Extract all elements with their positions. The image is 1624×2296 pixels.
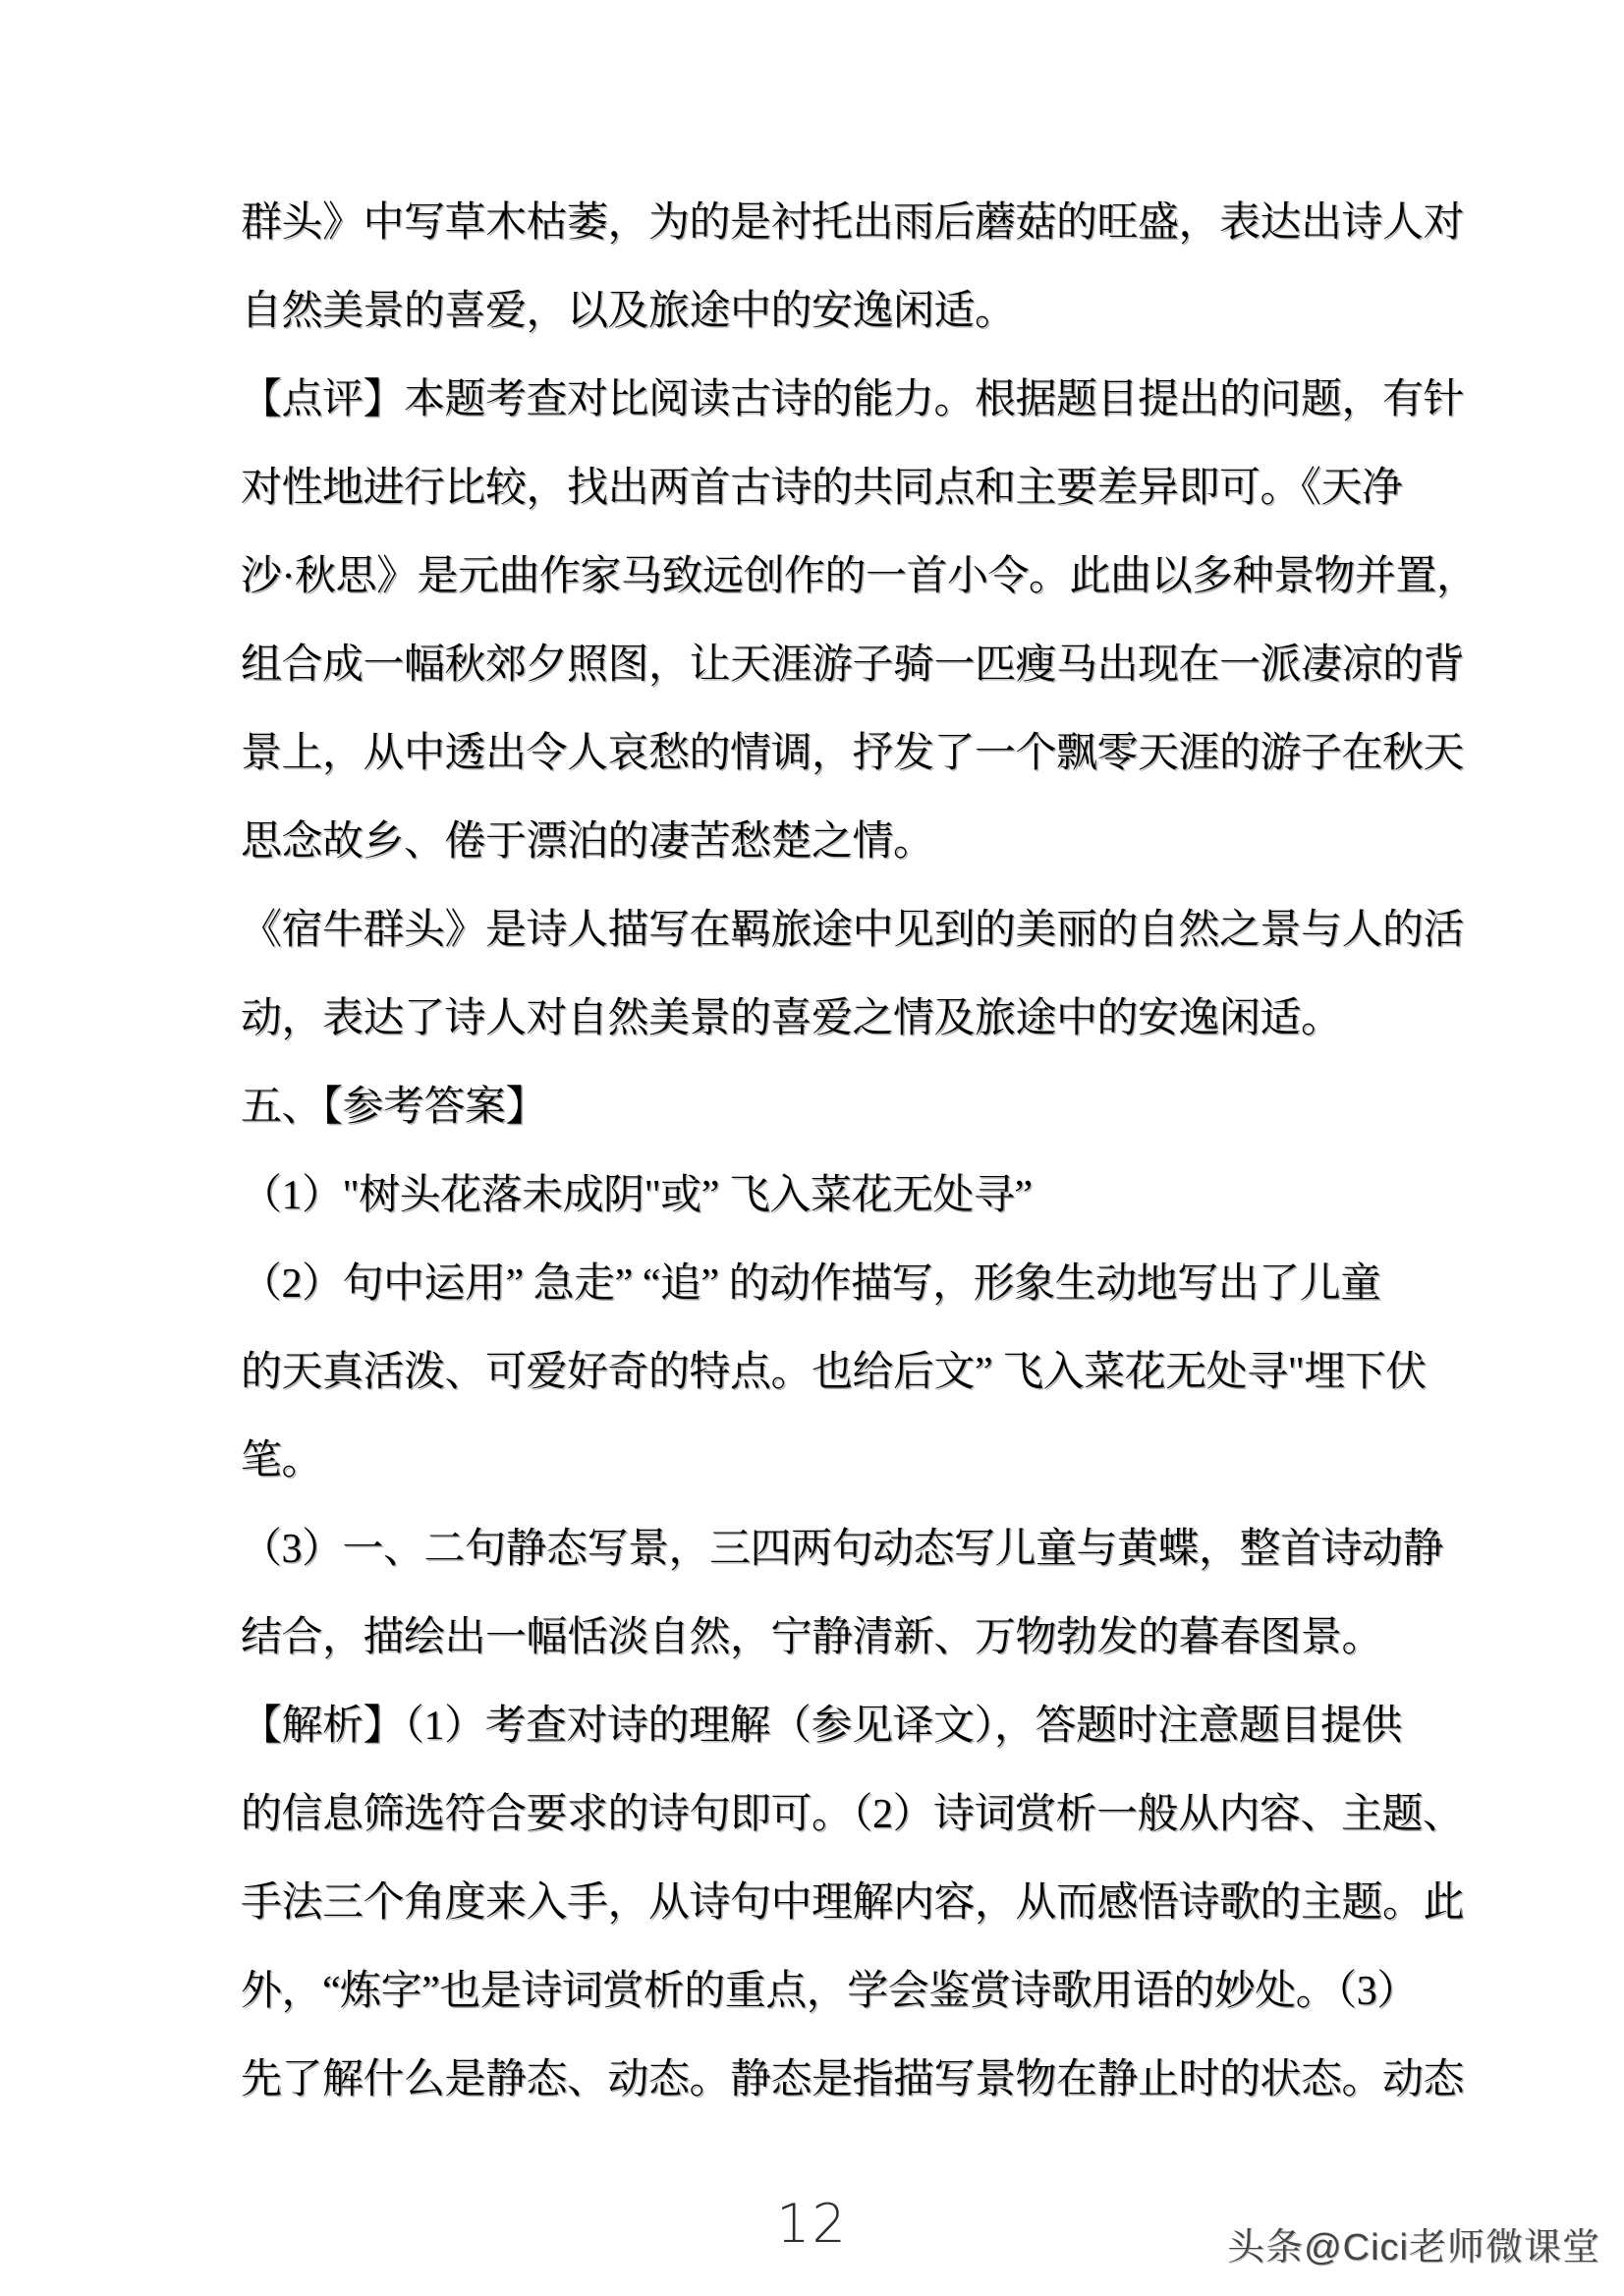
- text-line: 外，“炼字”也是诗词赏析的重点，学会鉴赏诗歌用语的妙处。（3）: [241, 1947, 1420, 2036]
- text-line: 《宿牛群头》是诗人描写在羁旅途中见到的美丽的自然之景与人的活: [241, 886, 1420, 975]
- text-line: （3）一、二句静态写景，三四两句动态写儿童与黄蝶，整首诗动静: [241, 1505, 1420, 1594]
- text-line: 手法三个角度来入手，从诗句中理解内容，从而感悟诗歌的主题。此: [241, 1859, 1420, 1947]
- text-line: 先了解什么是静态、动态。静态是指描写景物在静止时的状态。动态: [241, 2036, 1420, 2124]
- text-line: 沙·秋思》是元曲作家马致远创作的一首小令。此曲以多种景物并置，: [241, 532, 1420, 621]
- text-block: 群头》中写草木枯萎，为的是衬托出雨后蘑菇的旺盛，表达出诗人对 自然美景的喜爱，以…: [241, 179, 1420, 2124]
- text-line: 思念故乡、倦于漂泊的凄苦愁楚之情。: [241, 798, 1420, 886]
- text-line: 五、【参考答案】: [241, 1063, 1420, 1151]
- text-line: 笔。: [241, 1417, 1420, 1505]
- text-line: 群头》中写草木枯萎，为的是衬托出雨后蘑菇的旺盛，表达出诗人对: [241, 179, 1420, 267]
- text-line: 的信息筛选符合要求的诗句即可。（2）诗词赏析一般从内容、主题、: [241, 1770, 1420, 1859]
- text-line: （1）"树头花落未成阴"或” 飞入菜花无处寻”: [241, 1151, 1420, 1240]
- text-line: 景上，从中透出令人哀愁的情调，抒发了一个飘零天涯的游子在秋天: [241, 709, 1420, 798]
- text-line: （2）句中运用” 急走” “追” 的动作描写，形象生动地写出了儿童: [241, 1240, 1420, 1328]
- text-line: 结合，描绘出一幅恬淡自然，宁静清新、万物勃发的暮春图景。: [241, 1594, 1420, 1682]
- text-line: 组合成一幅秋郊夕照图，让天涯游子骑一匹瘦马出现在一派凄凉的背: [241, 621, 1420, 709]
- text-line: 对性地进行比较，找出两首古诗的共同点和主要差异即可。《天净: [241, 444, 1420, 532]
- text-line: 【解析】（1）考查对诗的理解（参见译文），答题时注意题目提供: [241, 1682, 1420, 1770]
- text-line: 动，表达了诗人对自然美景的喜爱之情及旅途中的安逸闲适。: [241, 975, 1420, 1063]
- text-line: 自然美景的喜爱，以及旅途中的安逸闲适。: [241, 267, 1420, 356]
- text-line: 【点评】本题考查对比阅读古诗的能力。根据题目提出的问题，有针: [241, 356, 1420, 444]
- watermark: 头条@Cici老师微课堂: [1227, 2216, 1600, 2270]
- text-line: 的天真活泼、可爱好奇的特点。也给后文” 飞入菜花无处寻"埋下伏: [241, 1328, 1420, 1417]
- document-page: 群头》中写草木枯萎，为的是衬托出雨后蘑菇的旺盛，表达出诗人对 自然美景的喜爱，以…: [0, 0, 1624, 2296]
